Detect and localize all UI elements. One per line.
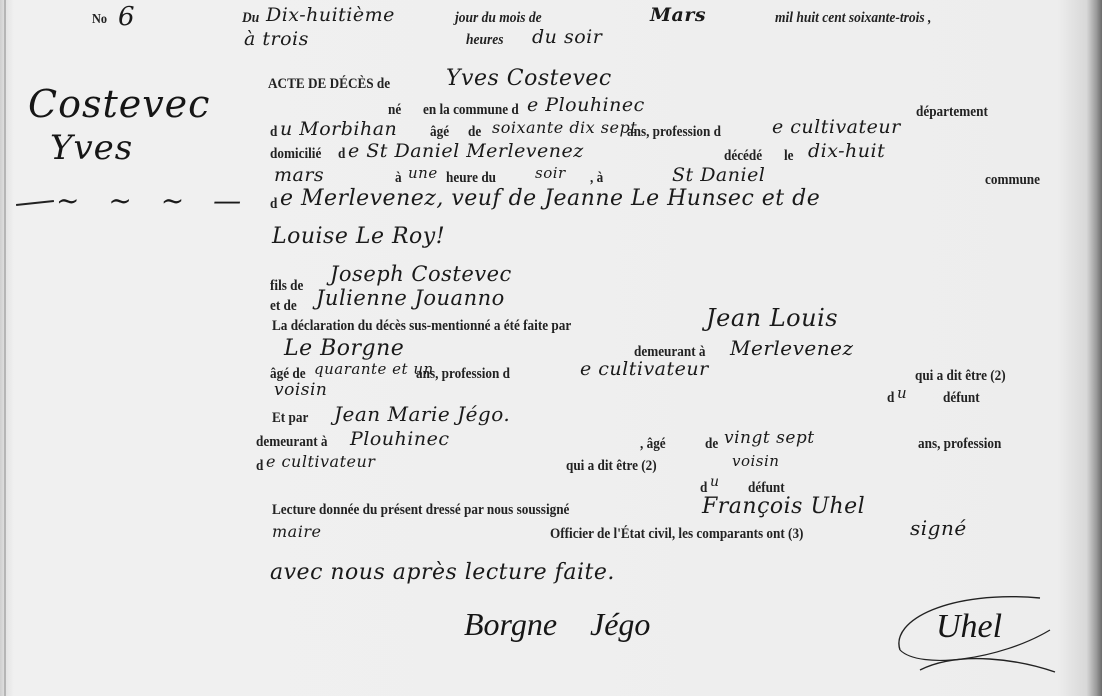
- mayor-signature-text: Uhel: [936, 608, 1002, 646]
- signature-witness-borgne: Borgne: [464, 606, 557, 643]
- l10-father-hw: Joseph Costevec: [330, 262, 512, 286]
- margin-flourish: [16, 200, 54, 206]
- l9-hw: Louise Le Roy!: [272, 224, 445, 249]
- l4-dept: département: [916, 104, 988, 121]
- l17-ans: ans, profession: [918, 436, 1001, 453]
- l1-month: Mars: [650, 4, 706, 26]
- l8-hw: e Merlevenez, veuf de Jeanne Le Hunsec e…: [280, 186, 820, 211]
- l18-prof-hw: e cultivateur: [266, 452, 375, 471]
- l17-age-hw: vingt sept: [724, 428, 815, 448]
- l1-prefix: Du: [242, 10, 259, 27]
- l17-de: de: [705, 436, 718, 453]
- l2-period: du soir: [532, 26, 602, 48]
- l7-hour-hw: une: [408, 164, 438, 182]
- l5-de: de: [468, 124, 481, 141]
- l7-period-hw: soir: [535, 164, 566, 182]
- l21-title-hw: maire: [272, 522, 321, 541]
- record-number: 6: [118, 2, 135, 32]
- l17-place-hw: Plouhinec: [350, 428, 449, 450]
- l15-defunt: défunt: [943, 390, 980, 407]
- l14-qui: qui a dit être (2): [915, 368, 1006, 385]
- l3-title: ACTE DE DÉCÈS de: [268, 76, 390, 93]
- l13-place-hw: Merlevenez: [730, 336, 854, 360]
- record-number-label: No: [92, 12, 107, 28]
- l1-mid: jour du mois de: [455, 10, 542, 27]
- l18-d: d: [256, 458, 263, 475]
- l10-fils: fils de: [270, 278, 303, 295]
- l2-mid: heures: [466, 32, 504, 49]
- l19-d-hw: u: [710, 474, 720, 490]
- l14-ans: ans, profession d: [416, 366, 510, 383]
- signature-mayor-uhel: Uhel: [890, 590, 1065, 680]
- l20-lecture: Lecture donnée du présent dressé par nou…: [272, 502, 569, 519]
- l4-commune: en la commune d: [423, 102, 519, 119]
- l13-declarant2-hw: Le Borgne: [284, 336, 404, 361]
- l6-domicile: domicilié: [270, 146, 321, 163]
- l8-d: d: [270, 196, 277, 213]
- l15-rel-hw: voisin: [274, 380, 327, 400]
- l18-rel-hw: voisin: [732, 452, 779, 470]
- l2-hour: à trois: [244, 28, 309, 50]
- l5-age-hw: soixante dix sept: [492, 118, 637, 137]
- l11-et: et de: [270, 298, 297, 315]
- l11-mother-hw: Julienne Jouanno: [316, 286, 505, 310]
- l17-age: , âgé: [640, 436, 666, 453]
- l21-officer: Officier de l'État civil, les comparants…: [550, 526, 803, 543]
- l7-month-hw: mars: [274, 164, 324, 186]
- l6-le: le: [784, 148, 794, 165]
- l5-ans: ans, profession d: [627, 124, 721, 141]
- l5-prof-hw: e cultivateur: [772, 116, 901, 138]
- l4-born: né: [388, 102, 401, 119]
- l18-qui: qui a dit être (2): [566, 458, 657, 475]
- l12-decl: La déclaration du décès sus-mentionné a …: [272, 318, 571, 335]
- l7-heure: heure du: [446, 170, 496, 187]
- margin-given-name: Yves: [50, 128, 133, 168]
- l1-year: mil huit cent soixante-trois ,: [775, 10, 931, 27]
- l16-witness-hw: Jean Marie Jégo.: [334, 402, 510, 426]
- signature-witness-jego: Jégo: [590, 606, 650, 643]
- l5-dept-hw: u Morbihan: [280, 118, 397, 140]
- l17-demeurant: demeurant à: [256, 434, 328, 451]
- l20-officer-hw: François Uhel: [702, 494, 865, 519]
- l5-age: âgé: [430, 124, 449, 141]
- margin-flourish-text: ~ ~ ~ —: [56, 184, 251, 217]
- l4-commune-hw: e Plouhinec: [527, 94, 645, 116]
- page-binding-edge: [4, 0, 6, 696]
- l6-place-hw: e St Daniel Merlevenez: [348, 140, 584, 162]
- l5-d: d: [270, 124, 277, 141]
- l22-hw: avec nous après lecture faite.: [270, 560, 615, 585]
- l1-day: Dix-huitième: [266, 4, 395, 26]
- l7-a: à: [395, 170, 402, 187]
- margin-surname: Costevec: [28, 82, 210, 126]
- l21-signed-hw: signé: [910, 516, 967, 540]
- l12-declarant-hw: Jean Louis: [706, 304, 838, 332]
- l3-name: Yves Costevec: [446, 66, 612, 91]
- document-page: No 6 Costevec Yves ~ ~ ~ — Du Dix-huitiè…: [0, 0, 1102, 696]
- l15-d-hw: u: [897, 384, 907, 402]
- l7-at: , à: [590, 170, 603, 187]
- l6-deceased: décédé: [724, 148, 762, 165]
- l16-et: Et par: [272, 410, 308, 427]
- l6-d: d: [338, 146, 345, 163]
- l7-place-hw: St Daniel: [672, 164, 765, 186]
- l14-prof-hw: e cultivateur: [580, 358, 709, 380]
- l7-commune: commune: [985, 172, 1040, 189]
- l15-d: d: [887, 390, 894, 407]
- l6-date-hw: dix-huit: [808, 140, 885, 162]
